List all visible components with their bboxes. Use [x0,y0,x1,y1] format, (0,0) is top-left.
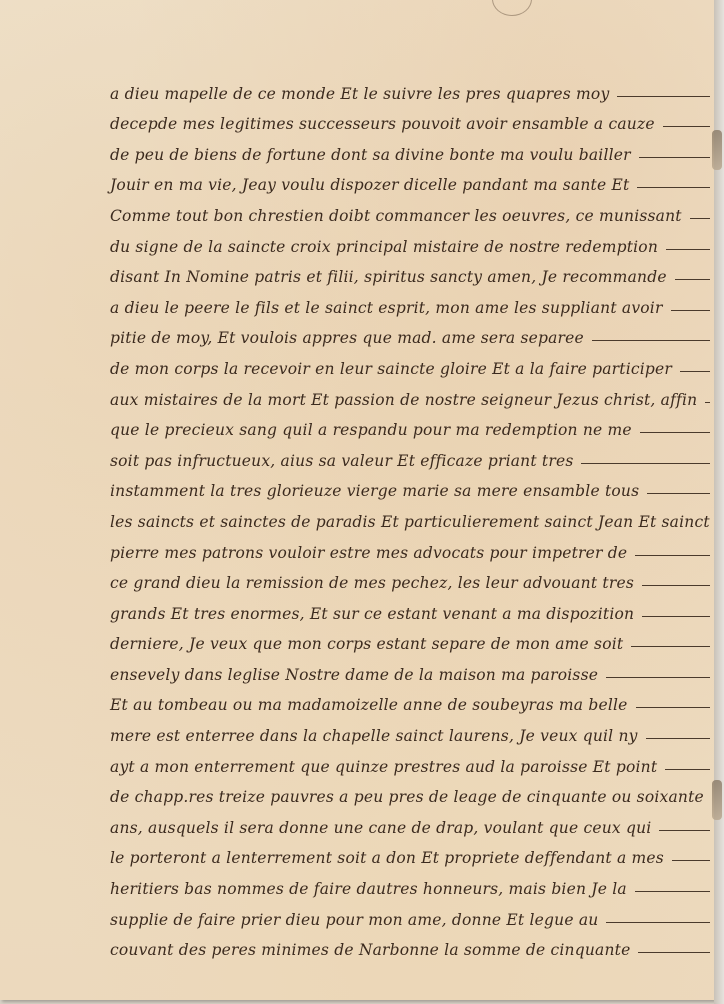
line-26: le porteront a lenterrement soit a don E… [110,837,710,868]
line-15: les saincts et sainctes de paradis Et pa… [110,500,710,531]
line-14: instamment la tres glorieuze vierge mari… [110,470,710,501]
line-29: couvant des peres minimes de Narbonne la… [110,929,710,960]
line-20: ensevely dans leglise Nostre dame de la … [110,653,710,684]
line-25: ans, ausquels il sera donne une cane de … [110,806,710,837]
line-5: Comme tout bon chrestien doibt commancer… [110,194,710,225]
line-21: Et au tombeau ou ma madamoizelle anne de… [110,684,710,715]
line-10: de mon corps la recevoir en leur saincte… [110,347,710,378]
line-16: pierre mes patrons vouloir estre mes adv… [110,531,710,562]
binding-thread-top [712,130,722,170]
line-22: mere est enterree dans la chapelle sainc… [110,714,710,745]
line-12: que le precieux sang quil a respandu pou… [110,409,710,440]
line-8: a dieu le peere le fils et le sainct esp… [110,286,710,317]
wax-seal-mark [492,0,532,16]
line-6: du signe de la saincte croix principal m… [110,225,710,256]
line-2: decepde mes legitimes successeurs pouvoi… [110,103,710,134]
line-24: de chapp.res treize pauvres a peu pres d… [110,776,710,807]
line-27: heritiers bas nommes de faire dautres ho… [110,867,710,898]
line-4: Jouir en ma vie, Jeay voulu dispozer dic… [110,164,710,195]
line-28: supplie de faire prier dieu pour mon ame… [110,898,710,929]
binding-thread-bottom [712,780,722,820]
line-9: pitie de moy, Et voulois appres que mad.… [110,317,710,348]
line-23: ayt a mon enterrement que quinze prestre… [110,745,710,776]
line-17: ce grand dieu la remission de mes pechez… [110,562,710,593]
line-19: derniere, Je veux que mon corps estant s… [110,623,710,654]
line-1: a dieu mapelle de ce monde Et le suivre … [110,72,710,103]
manuscript-page: a dieu mapelle de ce monde Et le suivre … [0,0,714,1000]
line-7: disant In Nomine patris et filii, spirit… [110,256,710,287]
line-3: de peu de biens de fortune dont sa divin… [110,133,710,164]
manuscript-text: a dieu mapelle de ce monde Et le suivre … [110,72,710,959]
line-18: grands Et tres enormes, Et sur ce estant… [110,592,710,623]
line-11: aux mistaires de la mort Et passion de n… [110,378,710,409]
line-13: soit pas infructueux, aius sa valeur Et … [110,439,710,470]
